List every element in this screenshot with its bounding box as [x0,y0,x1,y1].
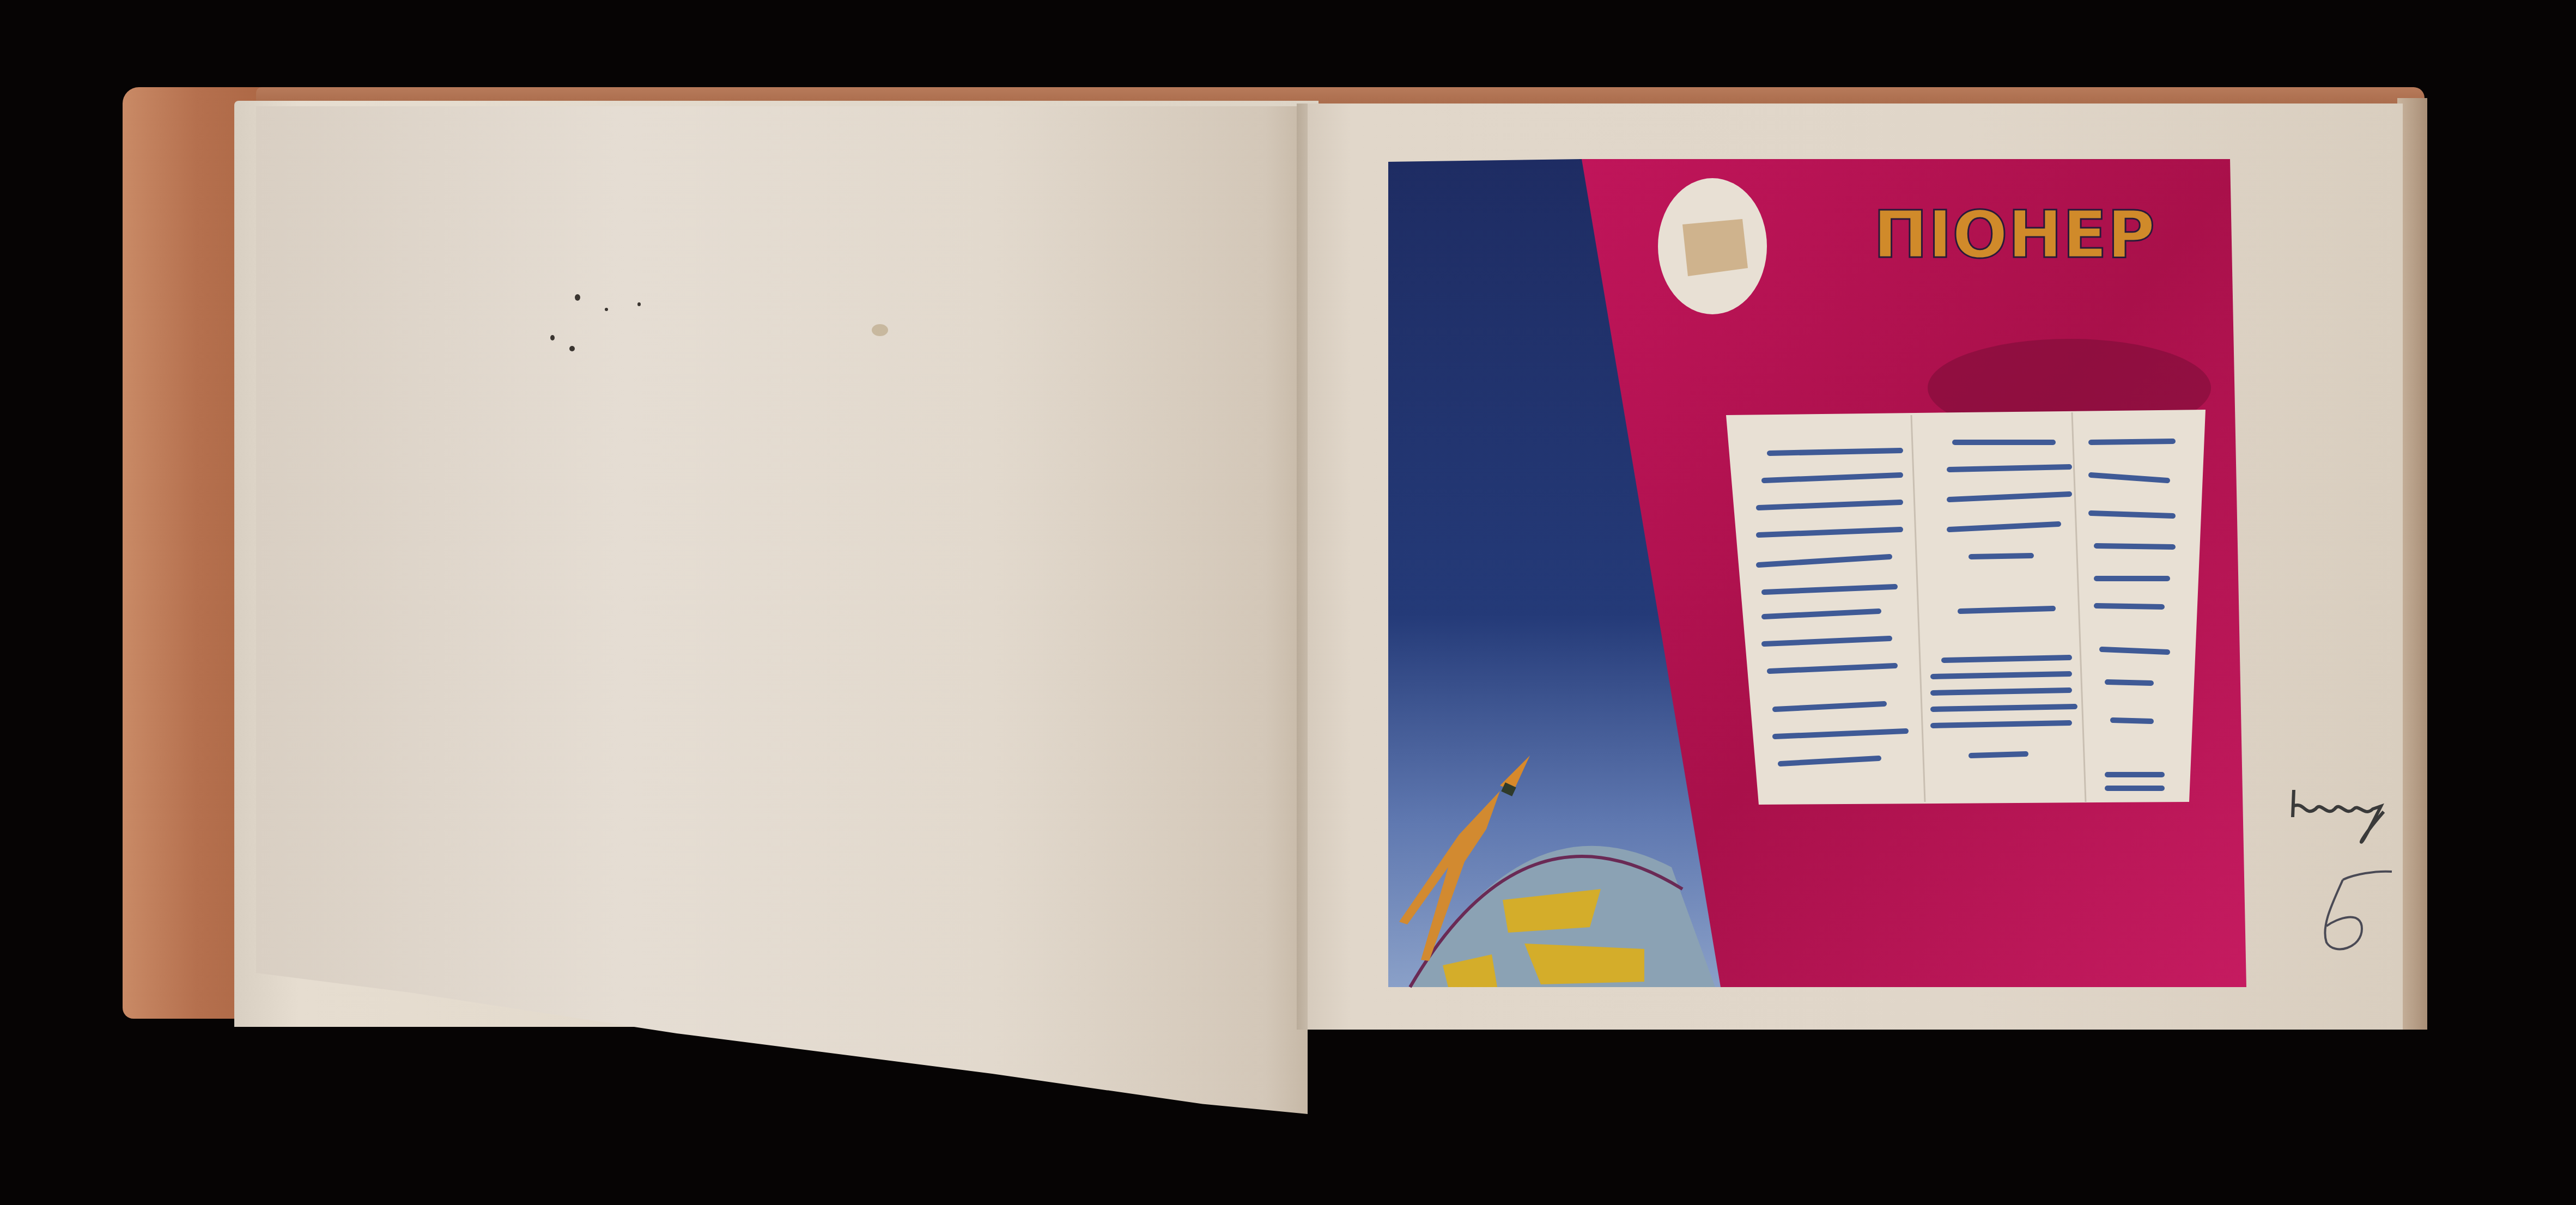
paper-speck [569,346,575,351]
newspaper-masthead: ПІОНЕР [1873,197,2155,273]
paper-speck [575,294,580,301]
paper-speck [637,302,641,306]
page-number-text: б [2310,866,2397,959]
earth-continent [1524,944,1644,984]
paper-speck [550,335,555,340]
handwritten-note-text: Нину [2283,784,2403,850]
handwritten-note: Нину [2283,784,2403,850]
page-number: б [2310,866,2397,959]
left-blank-page [256,106,1308,1114]
paper-stain [872,324,888,336]
watercolor-illustration: ПІОНЕР [1388,159,2249,990]
paper-speck [605,308,608,311]
